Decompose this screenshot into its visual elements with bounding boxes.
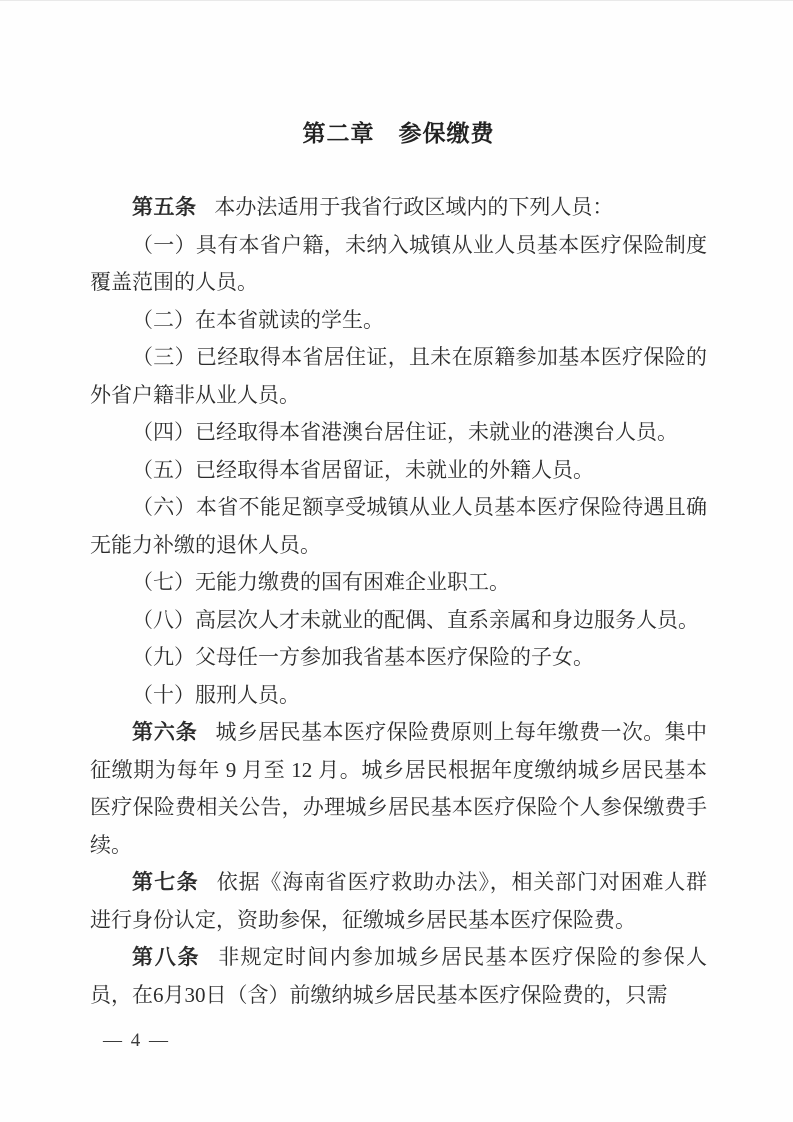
clause-7: （七）无能力缴费的国有困难企业职工。	[90, 564, 707, 602]
article-8-label: 第八条	[132, 945, 200, 969]
document-page: 第二章 参保缴费 第五条本办法适用于我省行政区域内的下列人员： （一）具有本省户…	[0, 0, 793, 1122]
clause-6: （六）本省不能足额享受城镇从业人员基本医疗保险待遇且确无能力补缴的退休人员。	[90, 489, 707, 564]
article-5-text: 本办法适用于我省行政区域内的下列人员：	[214, 195, 613, 219]
document-body: 第五条本办法适用于我省行政区域内的下列人员： （一）具有本省户籍，未纳入城镇从业…	[90, 189, 707, 1014]
article-5-label: 第五条	[132, 195, 197, 219]
chapter-title: 第二章 参保缴费	[90, 121, 707, 147]
clause-9-text: （九）父母任一方参加我省基本医疗保险的子女。	[132, 645, 594, 669]
clause-3: （三）已经取得本省居住证，且未在原籍参加基本医疗保险的外省户籍非从业人员。	[90, 339, 707, 414]
clause-8-text: （八）高层次人才未就业的配偶、直系亲属和身边服务人员。	[132, 608, 699, 632]
article-7: 第七条依据《海南省医疗救助办法》，相关部门对困难人群进行身份认定，资助参保，征缴…	[90, 864, 707, 939]
article-6: 第六条城乡居民基本医疗保险费原则上每年缴费一次。集中征缴期为每年 9 月至 12…	[90, 714, 707, 864]
clause-2-text: （二）在本省就读的学生。	[132, 308, 384, 332]
clause-2: （二）在本省就读的学生。	[90, 302, 707, 340]
clause-5: （五）已经取得本省居留证，未就业的外籍人员。	[90, 452, 707, 490]
clause-10: （十）服刑人员。	[90, 677, 707, 715]
clause-1: （一）具有本省户籍，未纳入城镇从业人员基本医疗保险制度覆盖范围的人员。	[90, 227, 707, 302]
clause-7-text: （七）无能力缴费的国有困难企业职工。	[132, 570, 510, 594]
clause-1-text: （一）具有本省户籍，未纳入城镇从业人员基本医疗保险制度覆盖范围的人员。	[90, 233, 707, 295]
page-number: — 4 —	[103, 1029, 170, 1053]
clause-9: （九）父母任一方参加我省基本医疗保险的子女。	[90, 639, 707, 677]
clause-4: （四）已经取得本省港澳台居住证，未就业的港澳台人员。	[90, 414, 707, 452]
article-5: 第五条本办法适用于我省行政区域内的下列人员：	[90, 189, 707, 227]
article-7-label: 第七条	[132, 870, 199, 894]
clause-6-text: （六）本省不能足额享受城镇从业人员基本医疗保险待遇且确无能力补缴的退休人员。	[90, 495, 707, 557]
article-8: 第八条非规定时间内参加城乡居民基本医疗保险的参保人员，在6月30日（含）前缴纳城…	[90, 939, 707, 1014]
clause-4-text: （四）已经取得本省港澳台居住证，未就业的港澳台人员。	[132, 420, 678, 444]
clause-5-text: （五）已经取得本省居留证，未就业的外籍人员。	[132, 458, 594, 482]
article-6-label: 第六条	[132, 720, 198, 744]
clause-3-text: （三）已经取得本省居住证，且未在原籍参加基本医疗保险的外省户籍非从业人员。	[90, 345, 707, 407]
clause-8: （八）高层次人才未就业的配偶、直系亲属和身边服务人员。	[90, 602, 707, 640]
clause-10-text: （十）服刑人员。	[132, 683, 300, 707]
